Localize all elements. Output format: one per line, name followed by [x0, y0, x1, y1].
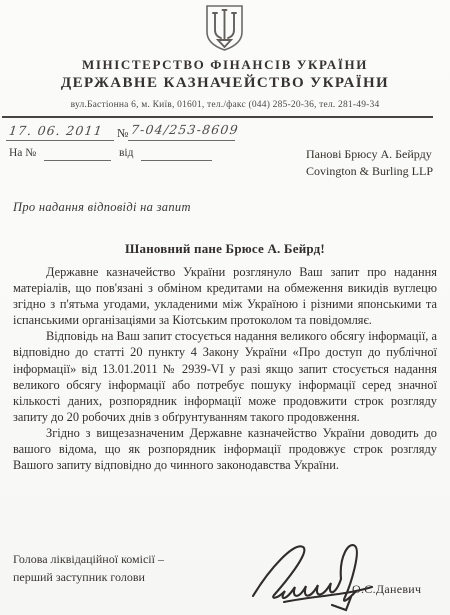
- outgoing-number-handwritten: 7-04/253-8609: [130, 122, 240, 137]
- contact-address-line: вул.Бастіонна 6, м. Київ, 01601, тел./фа…: [0, 100, 450, 110]
- signatory-title: Голова ліквідаційної комісії – перший за…: [13, 551, 164, 586]
- reply-from-label: від: [119, 147, 133, 159]
- recipient-company-line: Covington & Burling LLP: [306, 163, 446, 180]
- ministry-title: МІНІСТЕРСТВО ФІНАНСІВ УКРАЇНИ: [0, 57, 450, 73]
- handwritten-signature-icon: [250, 536, 406, 612]
- recipient-name-line: Панові Брюсу А. Бейрду: [306, 146, 446, 163]
- body-paragraph-2: Відповідь на Ваш запит стосується наданн…: [13, 328, 437, 425]
- subject-line: Про надання відповіді на запит: [13, 200, 191, 215]
- salutation: Шановний пане Брюсе А. Бейрд!: [0, 241, 450, 257]
- scanned-letter-page: МІНІСТЕРСТВО ФІНАНСІВ УКРАЇНИ ДЕРЖАВНЕ К…: [0, 0, 450, 615]
- signatory-name: О.С.Даневич: [352, 582, 421, 597]
- body-paragraph-3: Згідно з вищезазначеним Державне казначе…: [13, 425, 437, 473]
- signatory-title-line-1: Голова ліквідаційної комісії –: [13, 551, 164, 569]
- signatory-title-line-2: перший заступник голови: [13, 569, 164, 587]
- letter-body: Державне казначейство України розглянуло…: [13, 264, 437, 473]
- body-paragraph-1: Державне казначейство України розглянуло…: [13, 264, 437, 328]
- header-divider: [2, 116, 433, 118]
- outgoing-date-handwritten: 17. 06. 2011: [8, 123, 104, 138]
- outgoing-number-label: №: [117, 126, 128, 141]
- ukraine-trident-emblem-icon: [201, 4, 248, 52]
- outgoing-date-underline: [6, 140, 114, 141]
- reply-to-number-label: На №: [9, 147, 36, 159]
- outgoing-number-underline: [128, 140, 235, 141]
- treasury-title: ДЕРЖАВНЕ КАЗНАЧЕЙСТВО УКРАЇНИ: [0, 75, 450, 92]
- recipient-block: Панові Брюсу А. Бейрду Covington & Burli…: [306, 146, 446, 179]
- reply-number-underline: [44, 160, 111, 161]
- reply-date-underline: [141, 160, 212, 161]
